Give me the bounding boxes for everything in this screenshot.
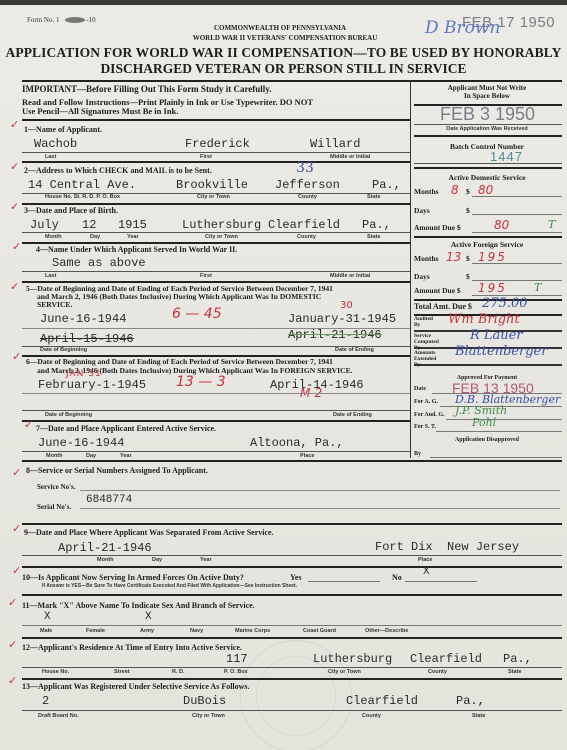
important-note: IMPORTANT—Before Filling Out This Form S… — [22, 84, 272, 94]
field-line — [80, 508, 560, 509]
domestic-calc-1: 6 — 45 — [172, 306, 222, 322]
disapproved-by-label: By — [414, 451, 421, 457]
s7-sub-year: Year — [120, 453, 132, 459]
field-line — [22, 393, 410, 394]
field-line — [22, 667, 562, 668]
form-title-line1: APPLICATION FOR WORLD WAR II COMPENSATIO… — [0, 45, 567, 61]
domestic-months-value: 8 — [451, 183, 459, 197]
s12-sub-house: House No. — [42, 669, 69, 675]
entered-service-place[interactable]: Altoona, Pa., — [250, 436, 344, 450]
review-check-icon: ✓ — [12, 466, 21, 479]
foreign-calc-1: 13 — 3 — [176, 374, 226, 390]
foreign-months-value: 13 — [446, 250, 461, 264]
s12-sub-state: State — [508, 669, 521, 675]
divider — [22, 281, 410, 283]
review-check-icon: ✓ — [10, 118, 19, 131]
audg-label: For Aud. G. — [414, 412, 445, 418]
extended-signature: Blattenberger — [455, 344, 547, 359]
field-line — [436, 431, 562, 432]
option-male: Male — [40, 628, 52, 634]
birth-day[interactable]: 12 — [82, 218, 96, 232]
s5-label-line3: SERVICE. — [37, 300, 72, 309]
union-label-icon — [65, 17, 85, 23]
s4-sub-middle: Middle or Initial — [330, 273, 370, 279]
domestic-heading: Active Domestic Service — [412, 173, 562, 182]
computed-signature: R Lauer — [470, 328, 523, 343]
st-label: For S. T. — [414, 424, 436, 430]
field-line — [22, 555, 562, 556]
s7-sub-place: Place — [300, 453, 314, 459]
s1-sub-middle: Middle or Initial — [330, 154, 370, 160]
domestic-end-1[interactable]: January-31-1945 — [288, 312, 396, 326]
divider — [22, 523, 562, 525]
s13-sub-city: City or Town — [192, 713, 225, 719]
approved-date-label: Date — [414, 386, 426, 392]
foreign-days-label: Days — [414, 272, 430, 281]
foreign-due-value: 195 — [478, 281, 507, 295]
s1-sub-first: First — [200, 154, 212, 160]
domestic-end-2-struck: April-21-1946 — [288, 328, 382, 342]
foreign-tick-mark: T — [534, 281, 541, 294]
s3-sub-state: State — [367, 234, 380, 240]
field-line — [472, 214, 562, 215]
s10-label: 10—Is Applicant Now Serving In Armed For… — [22, 573, 244, 582]
review-check-icon: ✓ — [8, 638, 17, 651]
review-check-icon: ✓ — [10, 200, 19, 213]
scan-edge — [0, 0, 567, 5]
s6-label-line1: 6—Date of Beginning and Date of Ending o… — [26, 357, 333, 366]
field-line — [405, 581, 477, 582]
s9-label: 9—Date and Place Where Applicant Was Sep… — [24, 528, 274, 537]
residence-county[interactable]: Clearfield — [410, 652, 482, 666]
service-name[interactable]: Same as above — [52, 256, 146, 270]
review-check-icon: ✓ — [8, 596, 17, 609]
domestic-begin-2-struck: April-15-1946 — [40, 332, 134, 346]
field-line — [22, 232, 410, 233]
header-divider — [22, 80, 562, 82]
dollar-sign: $ — [466, 272, 470, 281]
header-line2: WORLD WAR II VETERANS' COMPENSATION BURE… — [160, 34, 410, 42]
s9-sub-day: Day — [152, 557, 162, 563]
birth-state[interactable]: Pa., — [362, 218, 391, 232]
s2-sub-house: House No. St. R. D. P. O. Box — [45, 194, 120, 200]
s5-sub-end: Date of Ending — [335, 347, 374, 353]
divider — [414, 236, 562, 238]
residence-city[interactable]: Luthersburg — [313, 652, 392, 666]
s11-label: 11—Mark "X" Above Name To Indicate Sex A… — [22, 601, 255, 610]
s6-sub-begin: Date of Beginning — [45, 412, 92, 418]
application-form-page: Form No. 1 -10 COMMONWEALTH OF PENNSYLVA… — [0, 0, 567, 750]
embossed-seal-inner — [256, 656, 336, 736]
draft-county[interactable]: Clearfield — [346, 694, 418, 708]
s2-sub-city: City or Town — [197, 194, 230, 200]
domestic-begin-1[interactable]: June-16-1944 — [40, 312, 126, 326]
divider — [22, 566, 562, 568]
s3-sub-month: Month — [45, 234, 62, 240]
s2-sub-county: County — [298, 194, 317, 200]
mail-city[interactable]: Brookville — [176, 178, 248, 192]
applicant-last-name[interactable]: Wachob — [34, 137, 77, 151]
draft-board-no[interactable]: 2 — [42, 694, 49, 708]
foreign-months-label: Months — [414, 254, 439, 263]
option-marine-corps: Marine Corps — [235, 628, 270, 634]
divider — [414, 135, 562, 137]
s2-sub-state: State — [367, 194, 380, 200]
s3-sub-county: County — [297, 234, 316, 240]
s3-sub-year: Year — [127, 234, 139, 240]
active-duty-yes-field[interactable] — [308, 581, 380, 582]
service-no-field[interactable] — [80, 490, 560, 491]
s13-sub-board: Draft Board No. — [38, 713, 79, 719]
mail-house-address[interactable]: 14 Central Ave. — [28, 178, 136, 192]
s1-label: 1—Name of Applicant. — [24, 125, 102, 134]
serial-no-value[interactable]: 6848774 — [86, 494, 132, 506]
s7-label: 7—Date and Place Applicant Entered Activ… — [36, 424, 216, 433]
foreign-begin-1[interactable]: February-1-1945 — [38, 378, 146, 392]
form-title-line2: DISCHARGED VETERAN OR PERSON STILL IN SE… — [0, 61, 567, 77]
separation-place[interactable]: Fort Dix New Jersey — [375, 540, 519, 554]
applicant-first-name[interactable]: Frederick — [185, 137, 250, 151]
draft-state[interactable]: Pa., — [456, 694, 485, 708]
draft-city[interactable]: DuBois — [183, 694, 226, 708]
s9-sub-month: Month — [97, 557, 114, 563]
active-duty-no-label: No — [392, 573, 402, 582]
field-line — [22, 451, 410, 452]
s9-sub-place: Place — [418, 557, 432, 563]
foreign-due-label: Amount Due $ — [414, 286, 461, 295]
total-due-label: Total Amt. Due $ — [414, 302, 472, 311]
domestic-due-value: 80 — [494, 218, 509, 232]
dollar-sign: $ — [466, 206, 470, 215]
s7-sub-day: Day — [86, 453, 96, 459]
s3-sub-day: Day — [90, 234, 100, 240]
review-check-icon: ✓ — [10, 160, 19, 173]
review-check-icon: ✓ — [12, 240, 21, 253]
foreign-heading: Active Foreign Service — [412, 240, 562, 249]
divider — [22, 242, 410, 244]
divider — [22, 119, 410, 121]
county-code-annotation: 33 — [296, 160, 314, 176]
birth-county[interactable]: Clearfield — [268, 218, 340, 232]
domestic-days-label: Days — [414, 206, 430, 215]
birth-city[interactable]: Luthersburg — [182, 218, 261, 232]
s3-sub-city: City or Town — [205, 234, 238, 240]
s13-sub-county: County — [362, 713, 381, 719]
total-due-value: 275.00 — [482, 296, 528, 311]
s10-note: If Answer is YES—Be Sure To Have Certifi… — [42, 583, 297, 589]
active-duty-yes-label: Yes — [290, 573, 302, 582]
review-check-icon: ✓ — [12, 350, 21, 363]
active-duty-no-mark[interactable]: X — [423, 566, 430, 578]
s12-sub-street: Street — [114, 669, 130, 675]
s4-sub-last: Last — [45, 273, 56, 279]
divider — [22, 203, 410, 205]
domestic-due-label: Amount Due $ — [414, 223, 461, 232]
residence-pobox[interactable]: 117 — [226, 652, 248, 666]
divider — [22, 161, 410, 163]
divider — [22, 678, 562, 680]
form-number-suffix: -10 — [86, 16, 95, 24]
field-line — [22, 152, 410, 153]
field-line — [22, 410, 410, 411]
s13-label: 13—Applicant Was Registered Under Select… — [22, 682, 250, 691]
s13-sub-state: State — [472, 713, 485, 719]
office-heading-2: In Space Below — [412, 92, 562, 100]
applicant-middle-name[interactable]: Willard — [310, 137, 360, 151]
divider — [22, 420, 410, 422]
option-other: Other—Describe — [365, 628, 408, 634]
foreign-months-amount: 195 — [478, 250, 507, 264]
mail-state[interactable]: Pa., — [372, 178, 401, 192]
serial-no-label: Serial No's. — [37, 503, 71, 511]
domestic-months-label: Months — [414, 187, 439, 196]
field-line — [414, 124, 562, 125]
field-line — [446, 419, 562, 420]
s5-sub-begin: Date of Beginning — [40, 347, 87, 353]
s12-label: 12—Applicant's Residence At Time of Entr… — [22, 643, 242, 652]
office-column-divider — [410, 80, 411, 458]
header-line1: COMMONWEALTH OF PENNSYLVANIA — [180, 24, 380, 32]
service-no-label: Service No's. — [37, 483, 76, 491]
s2-label: 2—Address to Which CHECK and MAIL is to … — [24, 166, 212, 175]
field-line — [414, 163, 562, 164]
domestic-tick-mark: T — [548, 218, 555, 231]
s5-label-line2: and March 2, 1946 (Both Dates Inclusive)… — [37, 292, 321, 301]
sex-male-mark[interactable]: X — [44, 611, 51, 623]
dollar-sign: $ — [466, 187, 470, 196]
birth-year[interactable]: 1915 — [118, 218, 147, 232]
s12-sub-county: County — [428, 669, 447, 675]
option-army: Army — [140, 628, 154, 634]
field-line — [22, 625, 562, 626]
s12-sub-rd: R. D. — [172, 669, 185, 675]
audited-label: Audited By — [414, 316, 438, 328]
received-date-label: Date Application Was Received — [412, 126, 562, 132]
review-check-icon: ✓ — [12, 522, 21, 535]
review-check-icon: ✓ — [24, 418, 33, 431]
divider — [22, 460, 562, 462]
s8-label: 8—Service or Serial Numbers Assigned To … — [26, 466, 208, 475]
s1-sub-last: Last — [45, 154, 56, 160]
entered-service-date[interactable]: June-16-1944 — [38, 436, 124, 450]
review-check-icon: ✓ — [10, 280, 19, 293]
field-line — [22, 271, 410, 272]
option-coast-guard: Coast Guard — [303, 628, 336, 634]
batch-control-label: Batch Control Number — [412, 142, 562, 151]
disapproved-heading: Application Disapproved — [412, 437, 562, 443]
s7-sub-month: Month — [46, 453, 63, 459]
field-line — [414, 364, 562, 366]
mail-county[interactable]: Jefferson — [275, 178, 340, 192]
s6-sub-end: Date of Ending — [333, 412, 372, 418]
option-female: Female — [86, 628, 105, 634]
separation-date[interactable]: April-21-1946 — [58, 541, 152, 555]
option-navy: Navy — [190, 628, 203, 634]
domestic-end-note: 30 — [340, 300, 353, 311]
birth-month[interactable]: July — [30, 218, 59, 232]
divider — [22, 637, 562, 639]
s4-label: 4—Name Under Which Applicant Served In W… — [36, 245, 237, 254]
review-check-icon: ✓ — [8, 674, 17, 687]
residence-state[interactable]: Pa., — [503, 652, 532, 666]
field-line — [472, 232, 562, 233]
form-number: Form No. 1 -10 — [27, 16, 96, 24]
s9-sub-year: Year — [200, 557, 212, 563]
divider — [414, 167, 562, 169]
review-check-icon: ✓ — [12, 564, 21, 577]
st-signature: Pohl — [472, 416, 496, 429]
ag-label: For A. G. — [414, 399, 438, 405]
top-signature: D Brown — [425, 18, 500, 38]
form-number-label: Form No. 1 — [27, 16, 59, 24]
branch-army-mark[interactable]: X — [145, 611, 152, 623]
field-line — [22, 710, 562, 711]
received-date-stamp: FEB 3 1950 — [440, 104, 535, 125]
domestic-months-amount: 80 — [478, 183, 493, 197]
s4-sub-first: First — [200, 273, 212, 279]
instructions-line2: Use Pencil—All Signatures Must Be in Ink… — [22, 106, 178, 116]
s12-sub-pobox: P. O. Box — [224, 669, 248, 675]
dollar-sign: $ — [466, 254, 470, 263]
field-line — [430, 457, 562, 458]
divider — [22, 594, 562, 596]
office-heading-1: Applicant Must Not Write — [412, 84, 562, 92]
batch-control-number: 1447 — [490, 149, 523, 164]
s3-label: 3—Date and Place of Birth. — [24, 206, 118, 215]
s12-sub-city: City or Town — [328, 669, 361, 675]
audited-signature: Wm Bright — [448, 312, 520, 327]
